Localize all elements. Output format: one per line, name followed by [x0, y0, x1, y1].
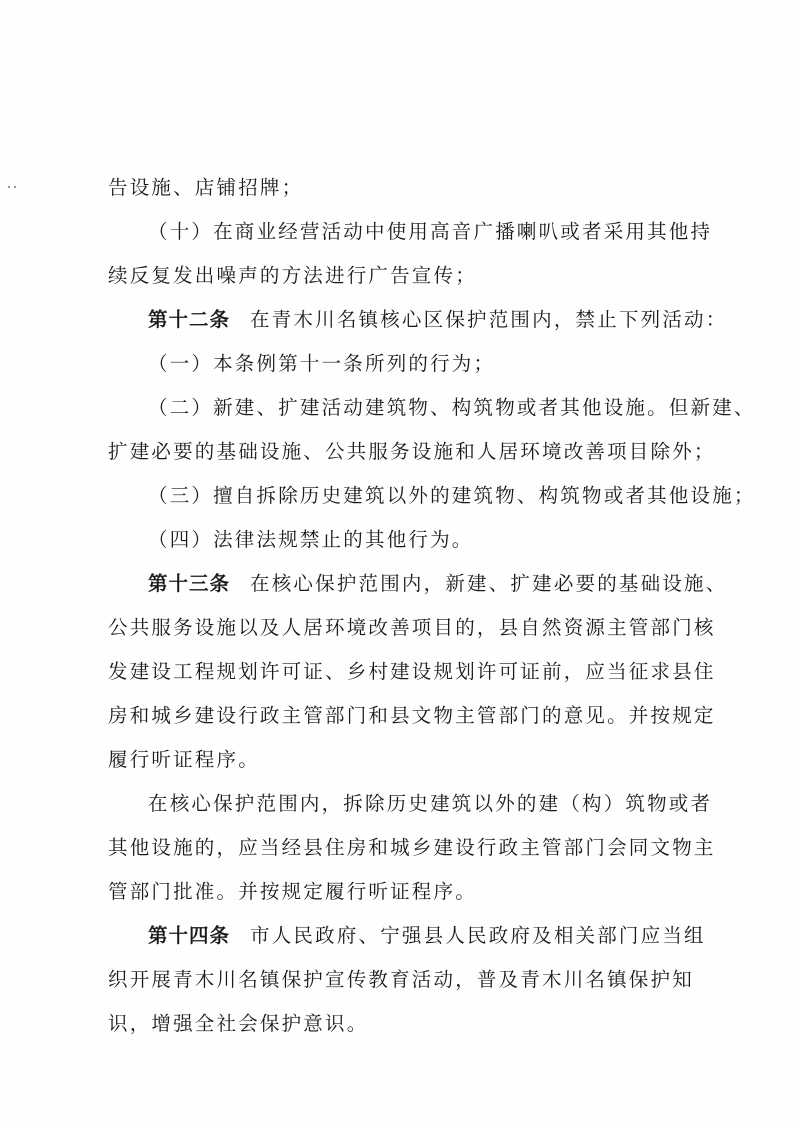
scan-speck: [14, 186, 16, 188]
text-line: 在核心保护范围内，拆除历史建筑以外的建（构）筑物或者: [148, 792, 728, 816]
article-13-paragraph: 第十三条在核心保护范围内，新建、扩建必要的基础设施、: [148, 572, 728, 596]
text-line: （三）擅自拆除历史建筑以外的建筑物、构筑物或者其他设施；: [148, 484, 728, 508]
article-heading: 第十四条: [148, 924, 230, 947]
article-heading: 第十三条: [148, 572, 230, 595]
text-line: （十）在商业经营活动中使用高音广播喇叭或者采用其他持: [148, 220, 728, 244]
scan-speck: [8, 186, 10, 188]
text-line: 其他设施的，应当经县住房和城乡建设行政主管部门会同文物主: [108, 836, 688, 860]
article-heading: 第十二条: [148, 308, 230, 331]
text-line: 发建设工程规划许可证、乡村建设规划许可证前，应当征求县住: [108, 660, 688, 684]
document-page: 告设施、店铺招牌； （十）在商业经营活动中使用高音广播喇叭或者采用其他持 续反复…: [0, 0, 794, 1122]
text-line: 管部门批准。并按规定履行听证程序。: [108, 880, 688, 904]
text-line: （一）本条例第十一条所列的行为；: [148, 352, 728, 376]
text-span: 在核心保护范围内，新建、扩建必要的基础设施、: [250, 572, 727, 595]
article-12-paragraph: 第十二条在青木川名镇核心区保护范围内，禁止下列活动：: [148, 308, 728, 332]
text-line: 告设施、店铺招牌；: [108, 176, 688, 200]
text-line: 织开展青木川名镇保护宣传教育活动，普及青木川名镇保护知: [108, 968, 688, 992]
text-line: 续反复发出噪声的方法进行广告宣传；: [108, 264, 688, 288]
text-line: 识，增强全社会保护意识。: [108, 1012, 688, 1036]
article-14-paragraph: 第十四条市人民政府、宁强县人民政府及相关部门应当组: [148, 924, 728, 948]
text-line: （四）法律法规禁止的其他行为。: [148, 528, 728, 552]
text-line: 履行听证程序。: [108, 748, 688, 772]
text-line: 公共服务设施以及人居环境改善项目的，县自然资源主管部门核: [108, 616, 688, 640]
text-line: 扩建必要的基础设施、公共服务设施和人居环境改善项目除外；: [108, 440, 688, 464]
text-span: 在青木川名镇核心区保护范围内，禁止下列活动：: [250, 308, 727, 331]
text-line: 房和城乡建设行政主管部门和县文物主管部门的意见。并按规定: [108, 704, 688, 728]
text-line: （二）新建、扩建活动建筑物、构筑物或者其他设施。但新建、: [148, 396, 728, 420]
text-span: 市人民政府、宁强县人民政府及相关部门应当组: [250, 924, 706, 947]
